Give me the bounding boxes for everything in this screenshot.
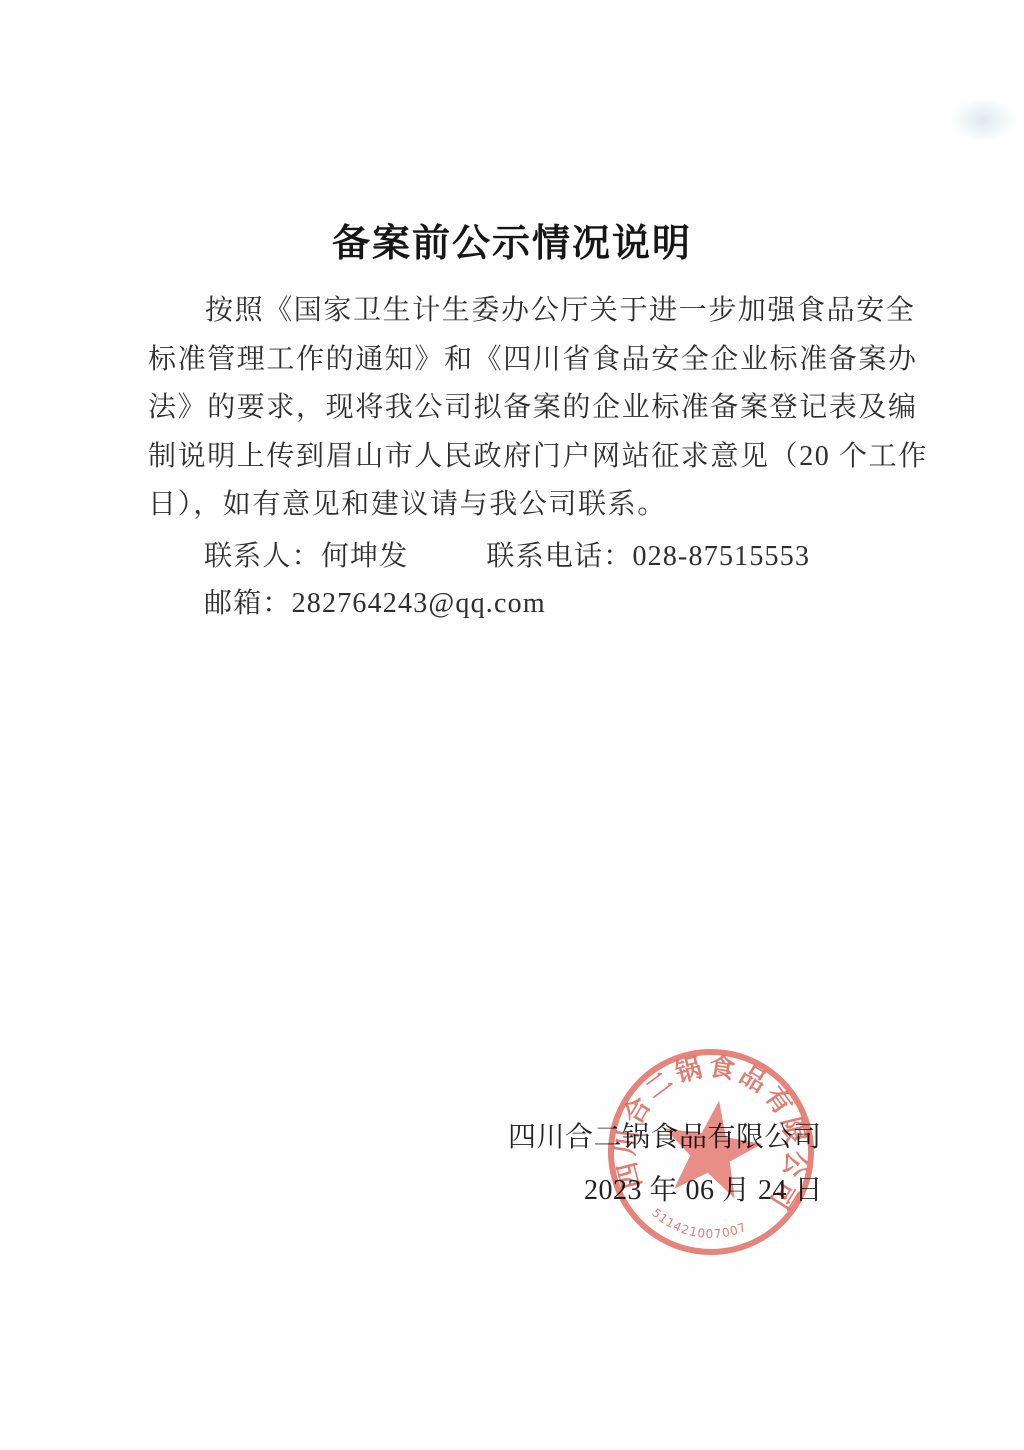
paragraph-line: 标准管理工作的通知》和《四川省食品安全企业标准备案办 xyxy=(148,336,864,385)
email-label: 邮箱： xyxy=(204,588,292,619)
star-icon xyxy=(656,1093,768,1201)
company-seal: 四川合二锅食品有限公司 5114210070070 xyxy=(590,1031,833,1274)
contact-phone-number: 028-87515553 xyxy=(632,541,810,572)
body-paragraph: 按照《国家卫生计生委办公厅关于进一步加强食品安全 标准管理工作的通知》和《四川省… xyxy=(148,287,864,530)
email-address: 282764243@qq.com xyxy=(292,588,546,619)
paragraph-line: 制说明上传到眉山市人民政府门户网站征求意见（20 个工作 xyxy=(148,433,864,482)
document-title: 备案前公示情况说明 xyxy=(0,212,1024,267)
document-page: 备案前公示情况说明 按照《国家卫生计生委办公厅关于进一步加强食品安全 标准管理工… xyxy=(0,0,1024,1450)
paragraph-line: 按照《国家卫生计生委办公厅关于进一步加强食品安全 xyxy=(148,287,864,336)
contact-phone-label: 联系电话： xyxy=(486,541,632,572)
contact-person-label: 联系人： xyxy=(204,541,321,572)
contact-line: 联系人：何坤发联系电话：028-87515553 xyxy=(204,533,810,582)
paragraph-line: 日），如有意见和建议请与我公司联系。 xyxy=(148,481,864,530)
contact-person-name: 何坤发 xyxy=(321,541,409,572)
email-line: 邮箱：282764243@qq.com xyxy=(204,580,546,629)
paragraph-line: 法》的要求，现将我公司拟备案的企业标准备案登记表及编 xyxy=(148,384,864,433)
scan-smudge xyxy=(950,98,1016,142)
